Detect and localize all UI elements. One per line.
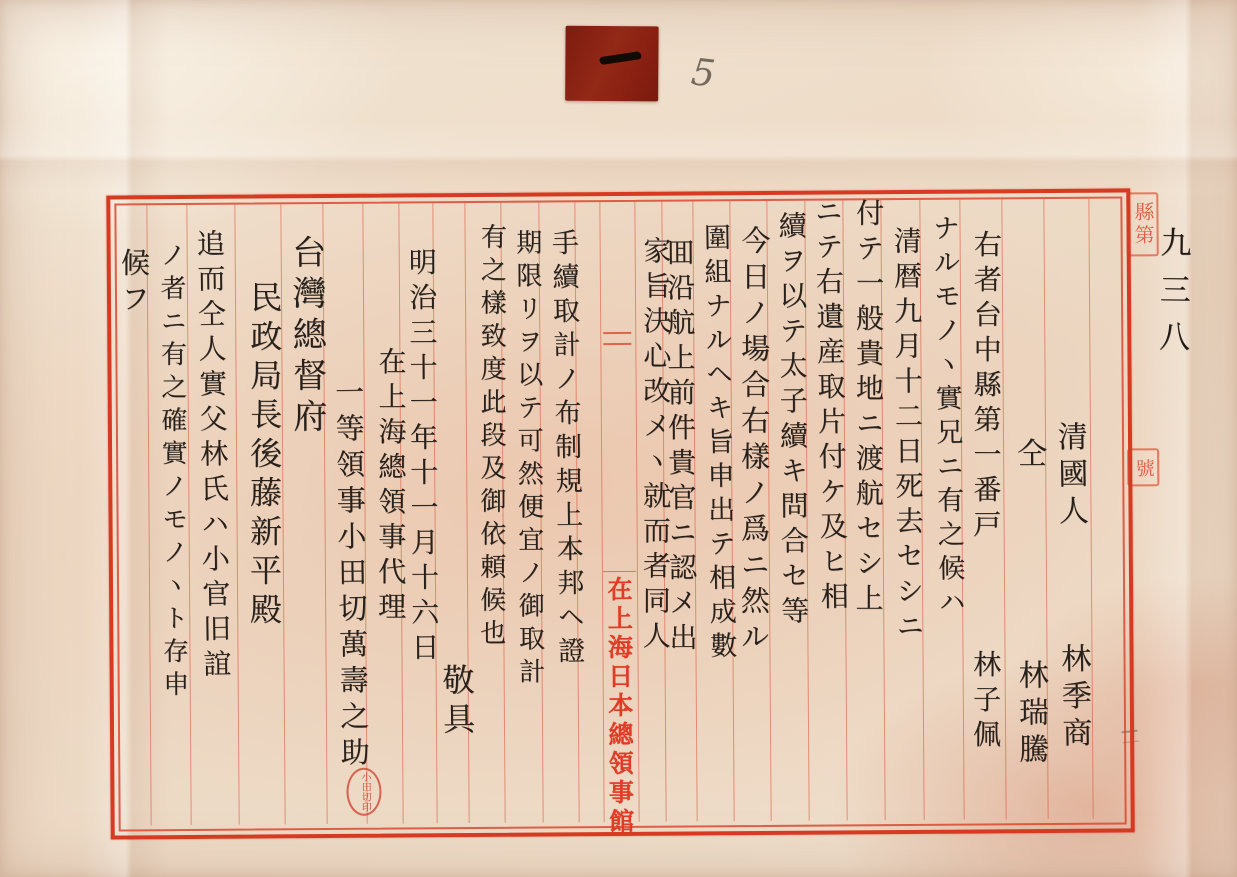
fold-register-mark: [603, 332, 631, 345]
text-column: 清國人 林季商: [1045, 421, 1088, 755]
text-column: 仝 林瑞騰: [1005, 437, 1045, 770]
column-rules-layer: [0, 0, 1234, 4]
text-column: 追而仝人實父林氏ハ小官旧誼: [185, 229, 230, 685]
text-column: 手續取計ノ布制規上本邦ヘ證: [538, 228, 583, 671]
registry-number-handwritten: 九三八: [1148, 226, 1196, 427]
text-column: 台灣總督府: [285, 234, 324, 439]
text-column: 民政局長後藤新平殿: [242, 280, 281, 631]
text-column: 清暦九月十二日死去セシニ: [882, 226, 923, 646]
text-column: 今日ノ場合右樣ノ爲ニ然ル: [730, 225, 769, 657]
text-column: 有之樣致度此段及御依頼候也: [466, 223, 505, 652]
text-column: 敬具: [434, 663, 473, 742]
text-column: 在上海總領事代理: [366, 347, 404, 627]
text-column: 右者台中縣第一番戸 林子佩: [961, 229, 1000, 754]
red-archival-patch: [565, 26, 659, 102]
text-column: 候フ: [110, 247, 148, 319]
letter-sheet: 5 縣第 九三八 號 在上海日本總領事館 清國人 林季商仝 林瑞騰右者台中縣第一…: [0, 0, 1237, 877]
text-column: 付テ一般貴地ニ渡航セシ上: [843, 198, 882, 618]
signature-seal: 小田切印: [346, 768, 381, 816]
brush-stroke-mark-ichi: [599, 51, 642, 65]
text-column: 一等領事小田切萬壽之助: [324, 377, 368, 774]
text-column: 期限リヲ以テ可然便宜ノ御取計: [502, 229, 543, 691]
text-column: ノ者ニ有之確實ノモノヽト存申: [146, 241, 187, 703]
scanned-letter-page: 5 縣第 九三八 號 在上海日本總領事館 清國人 林季商仝 林瑞騰右者台中縣第一…: [0, 0, 1237, 877]
text-column: ナルモノヽ實兄ニ有之候ハ: [919, 213, 963, 622]
text-column: 家旨決心改メヽ就而者同人: [631, 236, 670, 656]
pencil-page-number: 5: [689, 50, 717, 95]
handwritten-text-layer: 清國人 林季商仝 林瑞騰右者台中縣第一番戸 林子佩ナルモノヽ實兄ニ有之候ハ清暦九…: [0, 0, 1234, 4]
text-column: 續ヲ以テ太子續キ問合セ等: [766, 211, 807, 631]
